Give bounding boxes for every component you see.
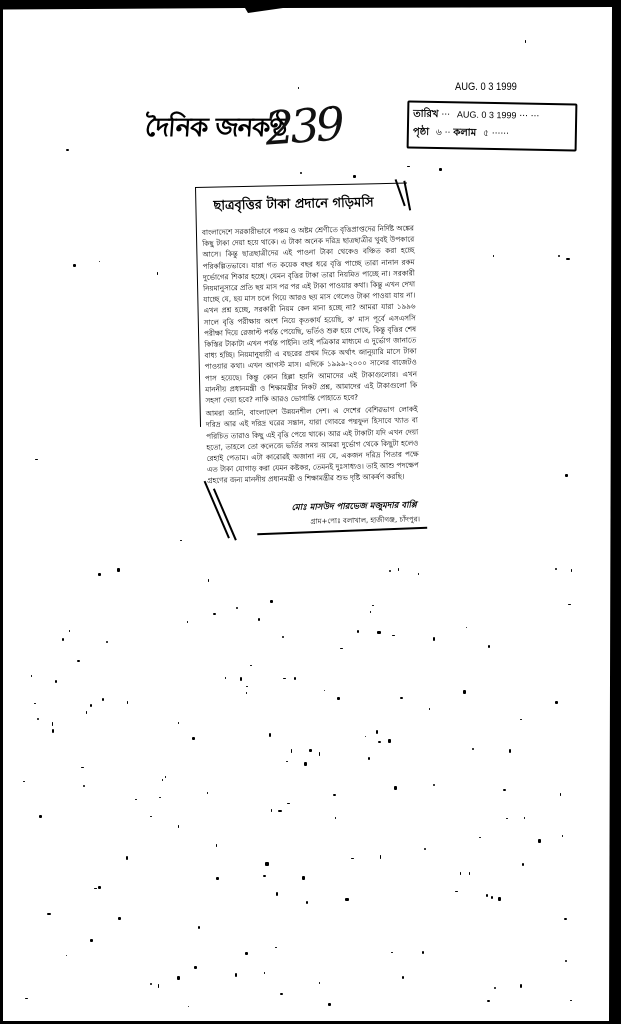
scan-speck bbox=[298, 87, 300, 89]
scan-speck bbox=[165, 776, 166, 778]
scan-speck bbox=[98, 886, 100, 890]
scan-speck bbox=[269, 733, 271, 737]
scan-speck bbox=[345, 898, 348, 901]
scan-speck bbox=[304, 762, 307, 765]
scan-speck bbox=[280, 993, 283, 995]
scan-speck bbox=[337, 697, 340, 700]
stamp-date-label: তারিখ bbox=[413, 109, 439, 120]
scan-speck bbox=[319, 982, 320, 984]
scan-speck bbox=[394, 786, 397, 789]
clipping-border-left bbox=[195, 187, 201, 427]
scan-speck bbox=[73, 264, 76, 267]
stamp-date-row: তারিখ ··· AUG. 0 3 1999 ··· ··· bbox=[413, 107, 539, 126]
scan-speck bbox=[565, 960, 567, 962]
scan-speck bbox=[300, 172, 302, 173]
scan-speck bbox=[216, 877, 218, 880]
scan-speck bbox=[117, 568, 120, 572]
stamp-page-row: পৃষ্ঠা ৬ ·· কলাম ৫ ······ bbox=[413, 125, 509, 144]
scan-speck bbox=[291, 749, 292, 752]
scan-speck bbox=[422, 951, 424, 954]
article-body: বাংলাদেশে সরকারীভাবে পঞ্চম ও অষ্টম শ্রেণ… bbox=[202, 222, 419, 488]
handwritten-number: 239 bbox=[263, 96, 342, 155]
scan-speck bbox=[353, 175, 356, 178]
scan-speck bbox=[90, 939, 93, 942]
scan-speck bbox=[178, 722, 180, 723]
scan-speck bbox=[494, 987, 496, 990]
scan-speck bbox=[562, 835, 564, 837]
scan-speck bbox=[337, 119, 338, 123]
scan-speck bbox=[525, 40, 526, 43]
scan-speck bbox=[118, 917, 120, 920]
scan-speck bbox=[216, 844, 217, 846]
scan-speck bbox=[39, 815, 42, 818]
scan-speck bbox=[564, 918, 567, 920]
scan-speck bbox=[424, 848, 426, 850]
author-address: গ্রাম+পোঃ বলাখাল, হাজীগঞ্জ, চাঁদপুর। bbox=[257, 513, 420, 528]
scan-speck bbox=[246, 692, 247, 694]
scan-speck bbox=[402, 976, 403, 979]
cut-mark bbox=[204, 481, 230, 539]
scan-speck bbox=[265, 862, 268, 866]
stamp-date-value: AUG. 0 3 1999 bbox=[457, 109, 517, 120]
scan-speck bbox=[270, 600, 273, 603]
scan-speck bbox=[180, 540, 182, 542]
stamp-page-label: পৃষ্ঠা bbox=[413, 127, 429, 138]
scan-speck bbox=[99, 261, 100, 262]
scan-speck bbox=[433, 784, 435, 787]
scan-speck bbox=[162, 779, 163, 780]
scan-speck bbox=[306, 901, 308, 904]
scan-speck bbox=[365, 736, 366, 737]
scan-speck bbox=[240, 677, 242, 681]
scan-speck bbox=[52, 722, 54, 726]
scan-speck bbox=[192, 737, 195, 740]
scan-speck bbox=[391, 952, 393, 953]
scan-speck bbox=[235, 973, 238, 977]
scan-speck bbox=[90, 704, 92, 708]
stamp-column-label: কলাম bbox=[453, 127, 476, 138]
article-headline: ছাত্রবৃত্তির টাকা প্রদানে গড়িমসি bbox=[213, 193, 403, 218]
scan-speck bbox=[378, 741, 381, 742]
scan-speck bbox=[538, 839, 541, 842]
scan-speck bbox=[150, 816, 153, 817]
printed-date-stamp: AUG. 0 3 1999 bbox=[455, 81, 517, 93]
scan-speck bbox=[158, 984, 160, 987]
scan-speck bbox=[340, 648, 343, 650]
scan-speck bbox=[493, 255, 495, 257]
scan-speck bbox=[560, 793, 561, 795]
scan-speck bbox=[187, 621, 188, 623]
scan-speck bbox=[377, 631, 380, 634]
stamp-column-value: ৫ bbox=[483, 128, 489, 138]
scan-speck bbox=[479, 837, 481, 838]
scan-speck bbox=[282, 636, 284, 638]
scan-speck bbox=[328, 1003, 331, 1006]
scan-speck bbox=[159, 797, 161, 799]
scan-speck bbox=[571, 569, 572, 572]
scan-speck bbox=[433, 637, 434, 640]
scan-speck bbox=[178, 825, 179, 828]
scan-speck bbox=[568, 604, 571, 605]
scan-speck bbox=[570, 1000, 572, 1001]
scan-speck bbox=[81, 767, 84, 768]
scan-speck bbox=[368, 757, 370, 761]
article-paragraph: বাংলাদেশে সরকারীভাবে পঞ্চম ও অষ্টম শ্রেণ… bbox=[202, 222, 418, 406]
scan-speck bbox=[486, 894, 488, 897]
scan-speck bbox=[357, 630, 360, 633]
scan-speck bbox=[188, 1006, 189, 1007]
scan-speck bbox=[503, 789, 506, 791]
scan-speck bbox=[245, 952, 248, 955]
scan-speck bbox=[150, 983, 152, 985]
scan-speck bbox=[466, 627, 467, 628]
scan-speck bbox=[319, 752, 320, 756]
scan-speck bbox=[271, 809, 272, 812]
scan-speck bbox=[509, 749, 511, 752]
scan-speck bbox=[94, 888, 97, 889]
scan-speck bbox=[506, 818, 508, 819]
scan-speck bbox=[23, 781, 25, 782]
scan-speck bbox=[407, 166, 410, 167]
scan-speck bbox=[106, 641, 108, 643]
scan-speck bbox=[31, 675, 32, 677]
scan-speck bbox=[335, 817, 336, 819]
scan-speck bbox=[472, 748, 473, 750]
scan-speck bbox=[86, 711, 87, 713]
scan-speck bbox=[351, 858, 353, 859]
scan-speck bbox=[25, 998, 28, 1000]
scan-speck bbox=[135, 799, 137, 800]
scan-speck bbox=[463, 690, 466, 694]
scan-speck bbox=[213, 613, 216, 615]
scan-speck bbox=[400, 697, 403, 699]
scan-speck bbox=[66, 149, 69, 150]
scan-speck bbox=[302, 876, 305, 880]
scan-speck bbox=[47, 913, 50, 914]
scan-speck bbox=[287, 803, 290, 804]
scan-speck bbox=[198, 926, 200, 929]
scan-speck bbox=[127, 701, 128, 704]
scan-speck bbox=[376, 730, 378, 734]
scan-speck bbox=[37, 718, 39, 720]
scan-speck bbox=[522, 863, 524, 866]
scan-speck bbox=[194, 966, 196, 968]
scan-speck bbox=[208, 579, 209, 582]
scan-speck bbox=[392, 635, 395, 637]
scan-speck bbox=[126, 856, 128, 859]
scan-speck bbox=[294, 677, 296, 680]
scan-speck bbox=[157, 272, 159, 275]
scan-speck bbox=[309, 749, 312, 752]
scan-speck bbox=[520, 984, 522, 988]
scan-speck bbox=[324, 690, 326, 692]
scan-speck bbox=[566, 258, 569, 260]
scan-speck bbox=[565, 474, 568, 477]
scan-speck bbox=[225, 677, 227, 678]
scan-speck bbox=[487, 1000, 490, 1002]
scan-speck bbox=[380, 855, 381, 858]
scan-speck bbox=[276, 892, 278, 896]
scan-speck bbox=[388, 739, 391, 742]
scan-speck bbox=[246, 686, 248, 687]
scan-speck bbox=[35, 459, 38, 460]
scan-speck bbox=[77, 660, 80, 661]
scan-speck bbox=[524, 817, 525, 818]
scan-speck bbox=[520, 719, 522, 721]
scan-speck bbox=[263, 875, 266, 876]
clipping-border-top bbox=[195, 183, 407, 188]
scan-speck bbox=[429, 708, 430, 710]
scan-speck bbox=[558, 255, 560, 257]
scan-speck bbox=[398, 568, 400, 571]
newspaper-clipping: ছাত্রবৃত্তির টাকা প্রদানে গড়িমসি বাংলাদ… bbox=[195, 182, 420, 531]
scan-speck bbox=[62, 638, 63, 641]
scan-speck bbox=[498, 897, 500, 901]
scan-speck bbox=[207, 792, 208, 795]
scan-speck bbox=[469, 872, 470, 875]
scan-speck bbox=[177, 976, 180, 980]
scan-speck bbox=[83, 785, 85, 787]
scan-speck bbox=[264, 972, 265, 974]
scan-speck bbox=[278, 810, 281, 811]
scan-speck bbox=[370, 611, 371, 613]
scan-speck bbox=[283, 678, 286, 680]
scan-speck bbox=[439, 168, 442, 172]
scan-speck bbox=[250, 665, 252, 666]
scan-speck bbox=[555, 568, 557, 570]
scan-speck bbox=[236, 607, 238, 609]
scan-speck bbox=[372, 605, 374, 606]
scan-speck bbox=[488, 645, 490, 647]
scan-speck bbox=[455, 891, 458, 892]
scan-speck bbox=[55, 680, 57, 683]
scan-speck bbox=[102, 698, 105, 701]
scan-speck bbox=[152, 115, 153, 116]
scan-speck bbox=[555, 701, 558, 704]
date-page-stamp: তারিখ ··· AUG. 0 3 1999 ··· ··· পৃষ্ঠা ৬… bbox=[407, 101, 578, 152]
scan-speck bbox=[258, 618, 260, 621]
scan-speck bbox=[333, 794, 336, 796]
scan-speck bbox=[286, 761, 288, 762]
scan-speck bbox=[34, 703, 37, 704]
scan-speck bbox=[275, 947, 277, 948]
stamp-page-value: ৬ bbox=[436, 127, 442, 137]
scan-speck bbox=[491, 896, 494, 899]
scan-speck bbox=[418, 573, 419, 575]
article-paragraph: আমরা জানি, বাংলাদেশ উন্নয়নশীল দেশ। এ দে… bbox=[206, 404, 420, 487]
scan-speck bbox=[460, 872, 462, 875]
scan-speck bbox=[69, 630, 70, 632]
scan-speck bbox=[389, 570, 390, 572]
scanned-page: দৈনিক জনকণ্ঠ 239 AUG. 0 3 1999 তারিখ ···… bbox=[3, 7, 612, 1021]
scan-speck bbox=[66, 955, 67, 956]
scan-speck bbox=[52, 729, 54, 733]
scan-speck bbox=[98, 573, 101, 577]
